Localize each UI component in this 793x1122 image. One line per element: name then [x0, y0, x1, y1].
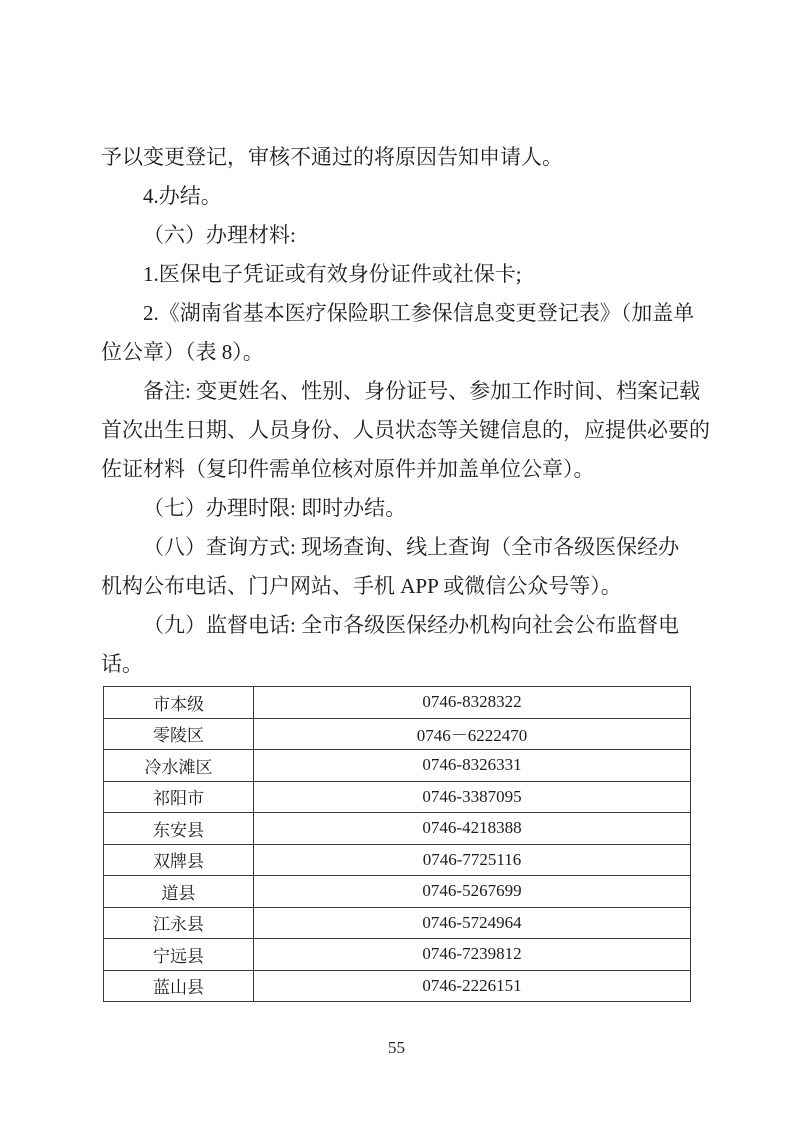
text-line: 备注: 变更姓名、性别、身份证号、参加工作时间、档案记载 [101, 372, 711, 411]
text-line: 4.办结。 [101, 177, 711, 216]
phone-cell: 0746-7725116 [254, 844, 691, 876]
text-line: （七）办理时限: 即时办结。 [101, 489, 711, 528]
region-cell: 市本级 [104, 687, 254, 719]
table-row: 零陵区 0746－6222470 [104, 718, 691, 750]
region-cell: 江永县 [104, 907, 254, 939]
text-line: 1.医保电子凭证或有效身份证件或社保卡; [101, 255, 711, 294]
text-line: 话。 [101, 645, 711, 684]
phone-cell: 0746-8328322 [254, 687, 691, 719]
supervision-phone-table: 市本级 0746-8328322 零陵区 0746－6222470 冷水滩区 0… [103, 686, 691, 1002]
phone-cell: 0746-3387095 [254, 781, 691, 813]
text-line: 位公章）（表 8）。 [101, 333, 711, 372]
text-line: 2.《湖南省基本医疗保险职工参保信息变更登记表》（加盖单 [101, 294, 711, 333]
region-cell: 祁阳市 [104, 781, 254, 813]
text-line: （九）监督电话: 全市各级医保经办机构向社会公布监督电 [101, 606, 711, 645]
phone-cell: 0746-5724964 [254, 907, 691, 939]
region-cell: 蓝山县 [104, 970, 254, 1002]
document-page: 予以变更登记，审核不通过的将原因告知申请人。 4.办结。 （六）办理材料: 1.… [0, 0, 793, 1122]
table-row: 道县 0746-5267699 [104, 876, 691, 908]
phone-cell: 0746-2226151 [254, 970, 691, 1002]
text-line: （六）办理材料: [101, 216, 711, 255]
region-cell: 东安县 [104, 813, 254, 845]
text-line: 机构公布电话、门户网站、手机 APP 或微信公众号等）。 [101, 567, 711, 606]
region-cell: 宁远县 [104, 939, 254, 971]
phone-cell: 0746-8326331 [254, 750, 691, 782]
table-row: 市本级 0746-8328322 [104, 687, 691, 719]
table-row: 双牌县 0746-7725116 [104, 844, 691, 876]
region-cell: 冷水滩区 [104, 750, 254, 782]
region-cell: 道县 [104, 876, 254, 908]
table-row: 东安县 0746-4218388 [104, 813, 691, 845]
region-cell: 零陵区 [104, 718, 254, 750]
text-line: 予以变更登记，审核不通过的将原因告知申请人。 [101, 138, 711, 177]
text-line: （八）查询方式: 现场查询、线上查询（全市各级医保经办 [101, 528, 711, 567]
phone-cell: 0746-5267699 [254, 876, 691, 908]
phone-cell: 0746-7239812 [254, 939, 691, 971]
phone-cell: 0746-4218388 [254, 813, 691, 845]
region-cell: 双牌县 [104, 844, 254, 876]
table-row: 祁阳市 0746-3387095 [104, 781, 691, 813]
table-row: 江永县 0746-5724964 [104, 907, 691, 939]
table-row: 宁远县 0746-7239812 [104, 939, 691, 971]
table-row: 蓝山县 0746-2226151 [104, 970, 691, 1002]
phone-cell: 0746－6222470 [254, 718, 691, 750]
page-number: 55 [0, 1038, 793, 1058]
text-line: 佐证材料（复印件需单位核对原件并加盖单位公章）。 [101, 450, 711, 489]
body-text: 予以变更登记，审核不通过的将原因告知申请人。 4.办结。 （六）办理材料: 1.… [101, 138, 711, 684]
text-line: 首次出生日期、人员身份、人员状态等关键信息的，应提供必要的 [101, 411, 711, 450]
table-row: 冷水滩区 0746-8326331 [104, 750, 691, 782]
